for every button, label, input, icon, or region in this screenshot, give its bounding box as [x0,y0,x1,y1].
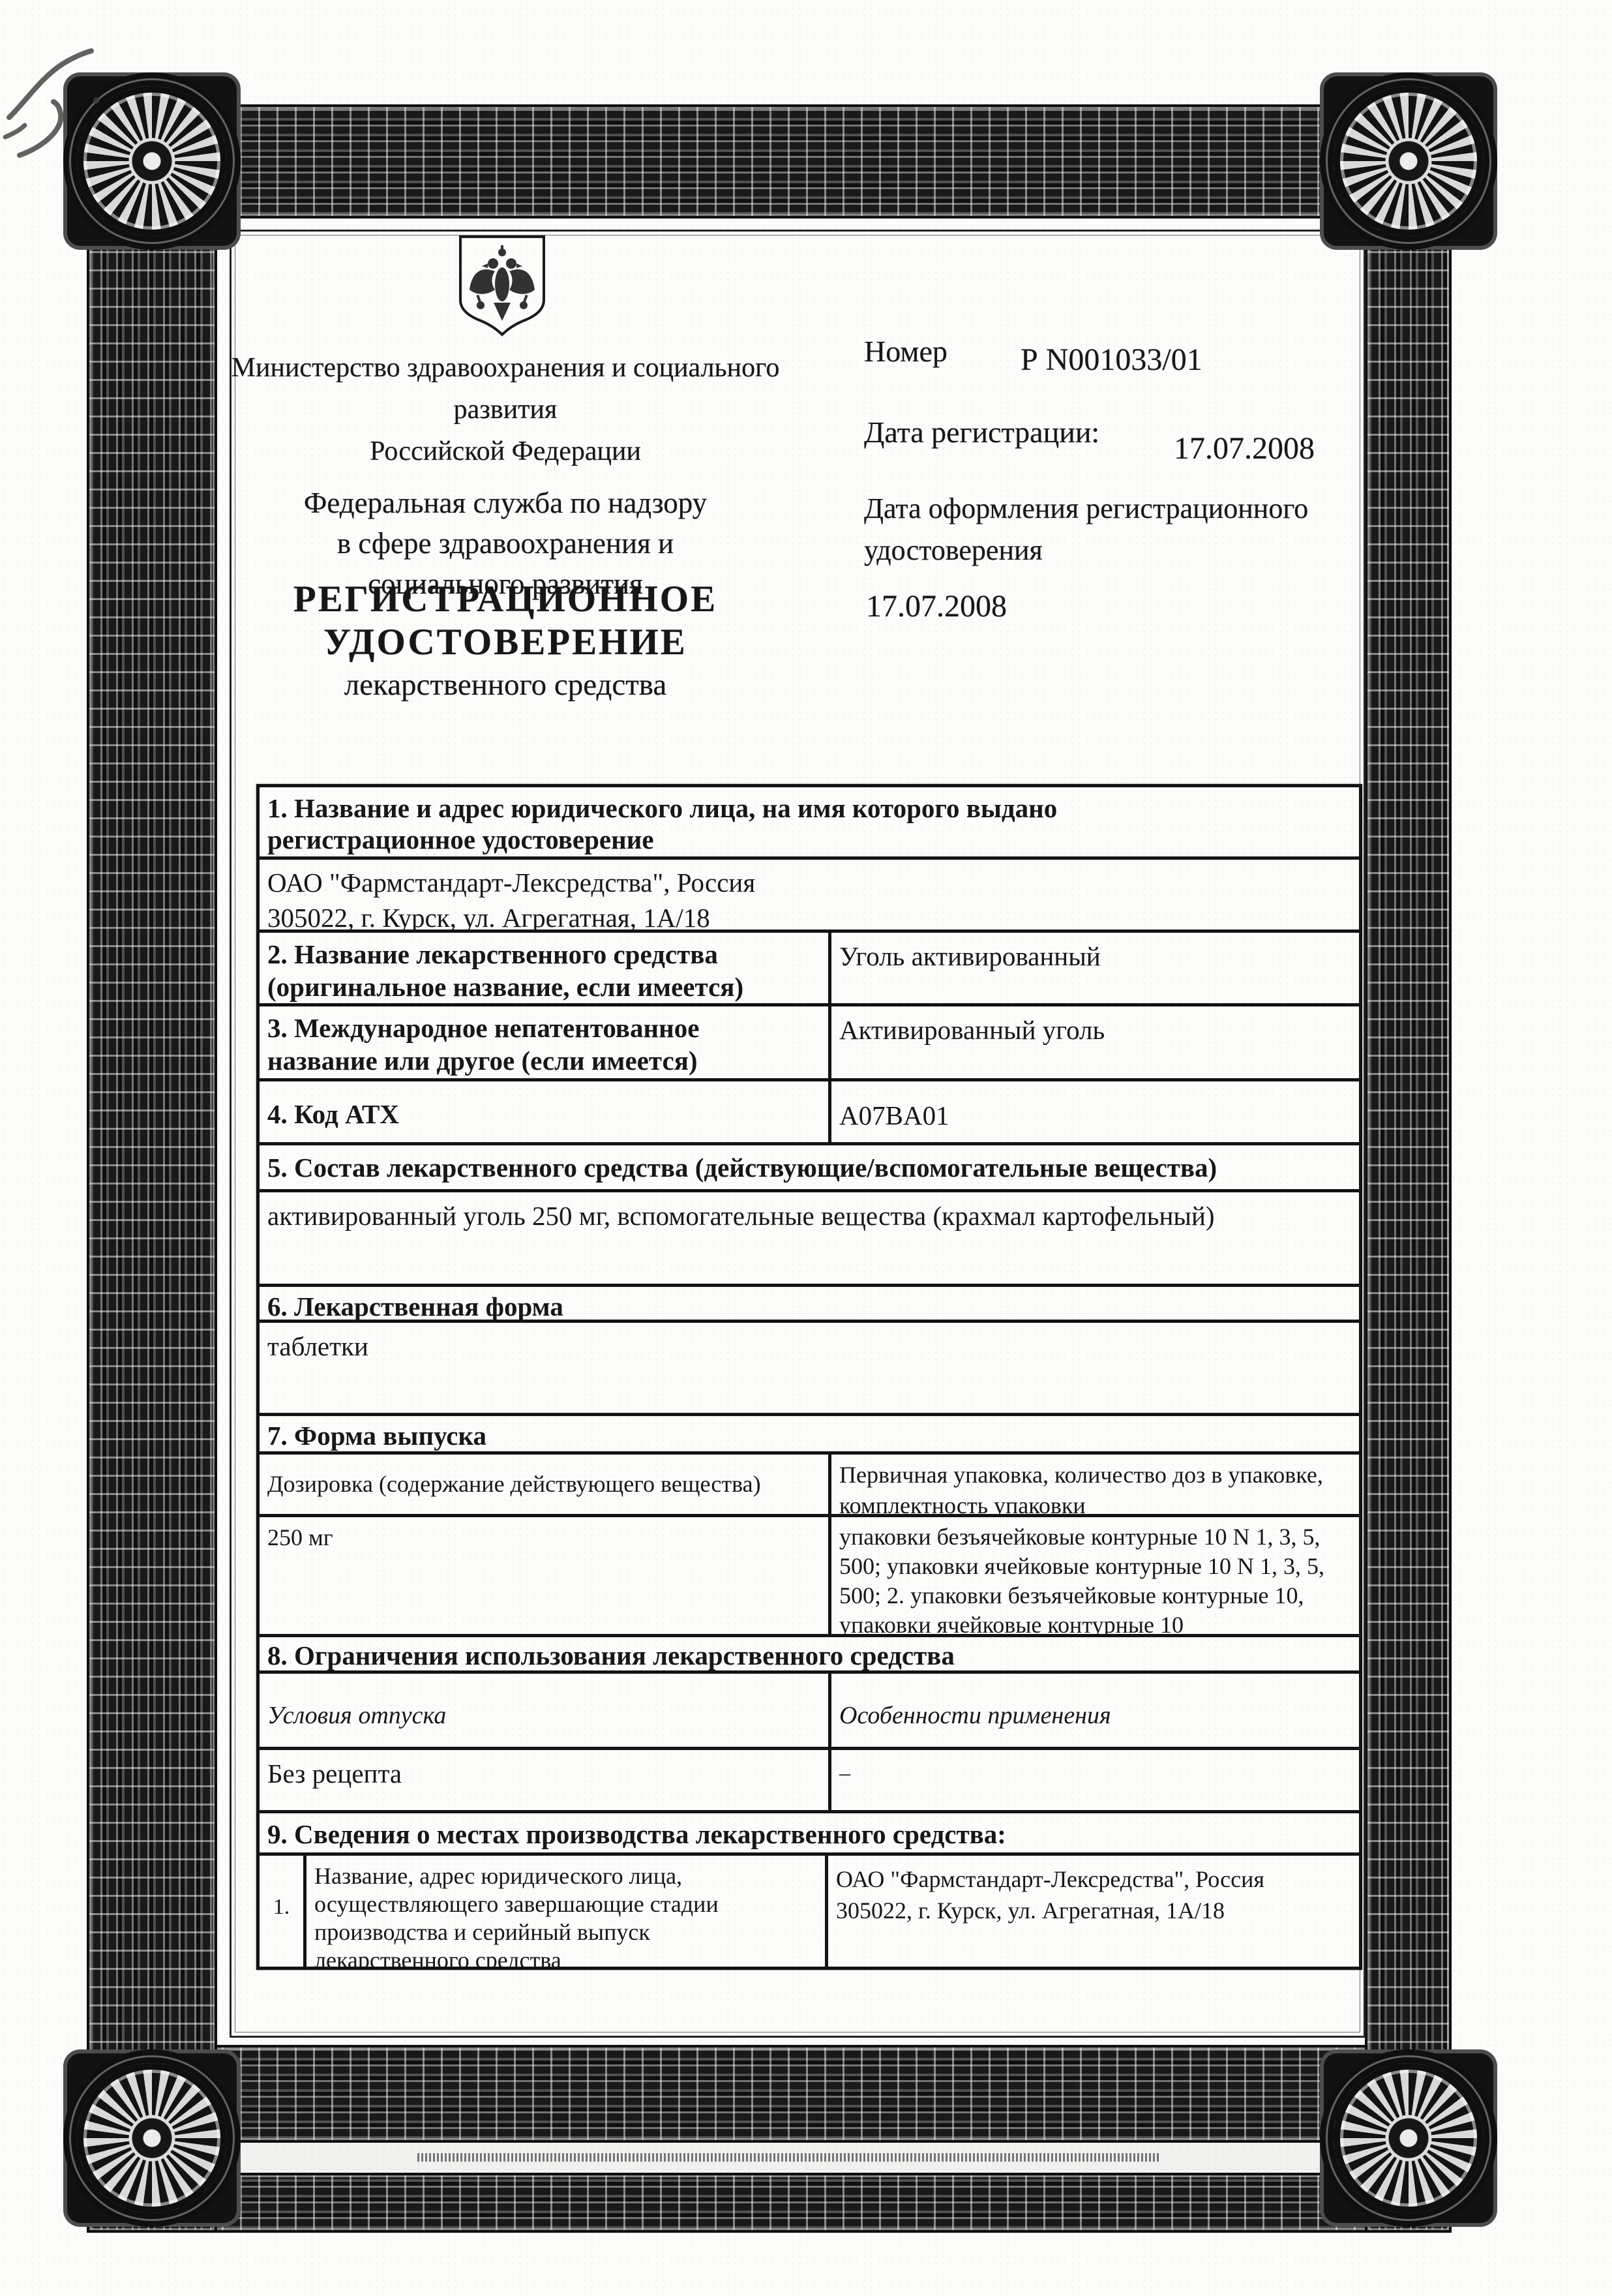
corner-rosette-icon [1334,2063,1484,2213]
package-line: 500; 2. упаковки безъячейковые контурные… [839,1581,1351,1610]
production-site-number: 1. [260,1856,303,1967]
dispensing-conditions-value: Без рецепта [260,1750,828,1810]
ministry-line: развития [215,389,796,430]
reg-date-value: 17.07.2008 [1174,430,1315,466]
title-line: УДОСТОВЕРЕНИЕ [215,621,796,664]
title-line: РЕГИСТРАЦИОННОЕ [215,578,796,621]
row4: 4. Код АТХ A07BA01 [260,1078,1359,1142]
row1-label-line: регистрационное удостоверение [267,824,1057,855]
row1-header: 1. Название и адрес юридического лица, н… [260,787,1359,856]
document-title: РЕГИСТРАЦИОННОЕ УДОСТОВЕРЕНИЕ лекарствен… [215,578,796,706]
row8-header: 8. Ограничения использования лекарственн… [260,1634,1359,1670]
number-value: Р N001033/01 [1021,342,1202,378]
row2-label-line: (оригинальное название, если имеется) [267,971,820,1003]
row1-content: ОАО "Фармстандарт-Лексредства", Россия 3… [260,856,1359,929]
application-features-header: Особенности применения [828,1674,1359,1747]
row2: 2. Название лекарственного средства (ори… [260,929,1359,1003]
release-form-label: 7. Форма выпуска [260,1416,494,1451]
ministry-name: Министерство здравоохранения и социально… [215,347,796,472]
production-site-description: Название, адрес юридического лица, осуще… [303,1856,825,1967]
restrictions-label: 8. Ограничения использования лекарственн… [260,1637,963,1670]
row2-label-line: 2. Название лекарственного средства [267,938,820,971]
border-top [87,104,1452,219]
package-line: упаковки безъячейковые контурные 10 N 1,… [839,1522,1351,1552]
row7-content: 250 мг упаковки безъячейковые контурные … [260,1514,1359,1634]
dosage-form-label: 6. Лекарственная форма [260,1287,571,1320]
row5-header: 5. Состав лекарственного средства (дейст… [260,1142,1359,1189]
title-line: лекарственного средства [215,664,796,706]
border-bottom-inner [87,2173,1452,2233]
production-site-description-line: осуществляющего завершающие стадии [314,1890,817,1918]
row3: 3. Международное непатентованное названи… [260,1003,1359,1078]
row9-header: 9. Сведения о местах производства лекарс… [260,1810,1359,1852]
row7-header: 7. Форма выпуска [260,1413,1359,1451]
ministry-line: Министерство здравоохранения и социально… [215,347,796,389]
drug-trade-name: Уголь активированный [828,933,1359,1003]
production-site-description-line: лекарственного средства [314,1946,817,1967]
certificate-page: Министерство здравоохранения и социально… [0,0,1612,2296]
package-line: 500; упаковки ячейковые контурные 10 N 1… [839,1552,1351,1581]
service-line: Федеральная служба по надзору [215,483,796,523]
row6-content: таблетки [260,1320,1359,1413]
atc-label: 4. Код АТХ [260,1081,828,1142]
row3-label-line: 3. Международное непатентованное [267,1012,820,1044]
handwritten-mark [0,39,150,196]
production-site-address: 305022, г. Курск, ул. Агрегатная, 1А/18 [836,1895,1351,1926]
ministry-line: Российской Федерации [215,430,796,472]
reg-date-label: Дата регистрации: [864,415,1099,449]
atc-code: A07BA01 [828,1081,1359,1142]
corner-rosette-icon [77,2063,227,2213]
border-bottom-outer [87,2045,1452,2143]
dosage-form-value: таблетки [260,1323,376,1413]
production-sites-label: 9. Сведения о местах производства лекарс… [260,1813,1014,1852]
row8-subheader: Условия отпуска Особенности применения [260,1670,1359,1747]
dose-value: 250 мг [260,1517,828,1634]
composition-value: активированный уголь 250 мг, вспомогател… [260,1192,1223,1284]
certificate-table: 1. Название и адрес юридического лица, н… [256,784,1362,1970]
production-site-description-line: Название, адрес юридического лица, [314,1862,817,1890]
dose-column-header: Дозировка (содержание действующего вещес… [260,1455,828,1514]
row3-label-line: название или другое (если имеется) [267,1044,820,1077]
application-features-value: – [828,1750,1359,1810]
russian-coat-of-arms-icon [455,232,550,338]
dispensing-conditions-header: Условия отпуска [260,1674,828,1747]
row9-content: 1. Название, адрес юридического лица, ос… [260,1852,1359,1967]
package-column-header: Первичная упаковка, количество доз в упа… [828,1455,1359,1514]
row8-content: Без рецепта – [260,1747,1359,1810]
issue-date-label: Дата оформления регистрационного удостов… [864,488,1360,571]
holder-address: 305022, г. Курск, ул. Агрегатная, 1А/18 [267,900,755,929]
production-site-description-line: производства и серийный выпуск [314,1918,817,1946]
issue-date-value: 17.07.2008 [866,588,1007,624]
row6-header: 6. Лекарственная форма [260,1284,1359,1320]
row5-content: активированный уголь 250 мг, вспомогател… [260,1189,1359,1284]
service-line: в сфере здравоохранения и [215,523,796,564]
drug-inn-name: Активированный уголь [828,1006,1359,1078]
corner-rosette-icon [1334,86,1484,236]
border-left [87,104,217,2233]
row1-label-line: 1. Название и адрес юридического лица, н… [267,793,1057,824]
package-line: упаковки ячейковые контурные 10 [839,1610,1351,1634]
holder-name: ОАО "Фармстандарт-Лексредства", Россия [267,865,755,900]
composition-label: 5. Состав лекарственного средства (дейст… [260,1145,1225,1189]
border-right [1365,104,1452,2233]
production-site-name: ОАО "Фармстандарт-Лексредства", Россия [836,1864,1351,1895]
row7-subheader: Дозировка (содержание действующего вещес… [260,1451,1359,1514]
number-label: Номер [864,334,948,369]
microtext-band [417,2153,1161,2162]
